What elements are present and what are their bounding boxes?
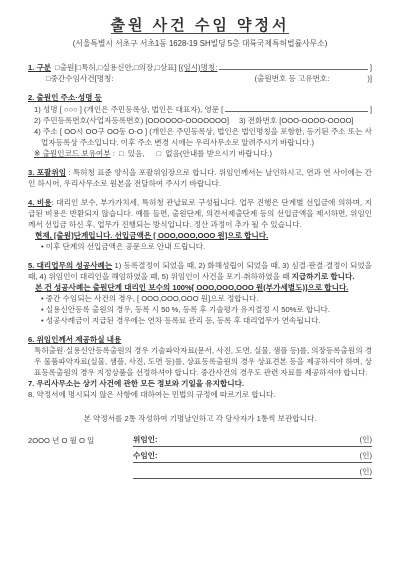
checkbox-has-code-icon: □ [119, 149, 124, 158]
signature-block: 2OOO 년 O 월 O 일 위임인: (인) 수임인: (인) (인) [28, 434, 372, 482]
midcase-label: □중간수임사건[명칭: [46, 73, 114, 84]
signature-row-delegator: 위임인: (인) [133, 434, 372, 447]
case-type-options: □출원[□특허,□실용신안,□의장,□상표] [ [55, 62, 181, 73]
section-fees: 4. 비용: 대리인 보수, 부가가치세, 특허청 관납료로 구성됩니다. 업무… [28, 197, 372, 252]
bracket-close3: ] [370, 104, 372, 115]
delegator-label: 위임인: [133, 434, 158, 445]
registration-number-field: 2) 주민등록번호(사업자등록번호) [OOOOOO-OOOOOOO] [34, 115, 229, 126]
appno-label: (출원번호 등 고유번호: [254, 73, 329, 84]
section-success-fee: 5. 대리업무의 성공사례는 1) 등록결정이 되었을 때, 2) 화해성립이 … [28, 260, 372, 326]
section7-clause: 7. 우리사무소는 상기 사건에 관한 모든 정보와 기일을 유지합니다. [28, 378, 372, 389]
temp-name-label: (임시)명칭: [181, 62, 218, 73]
success-fee-bullet-1: • 중간 수임되는 사건의 경우, [ OOO,OOO,OOO 원]으로 정합니… [28, 293, 372, 304]
midcase-line: □중간수임사건[명칭: (출원번호 등 고유번호: )] [28, 73, 372, 84]
section3-heading: 3. 포괄위임 [28, 168, 66, 177]
seal-mark-1: (인) [360, 434, 372, 445]
section2-heading: 2. 출원인 주소·성명 등 [28, 92, 372, 103]
section4-body: : 대리인 보수, 부가가치세, 특허청 관납료로 구성됩니다. 업무 진행은 … [28, 198, 372, 229]
applicant-code-line: ※ 출원인코드 보유여부 : □ 있음, □ 없음(안내를 받으시기 바랍니다.… [28, 148, 372, 159]
closing-statement: 본 약정서를 2통 작성하여 기명날인하고 각 당사자가 1통씩 보관합니다. [28, 413, 372, 424]
fees-paragraph: 4. 비용: 대리인 보수, 부가가치세, 특허청 관납료로 구성됩니다. 업무… [28, 197, 372, 230]
signature-row-delegate: 수임인: (인) [133, 450, 372, 463]
applicant-code-label: ※ 출원인코드 보유여부 [34, 149, 111, 158]
seal-mark-3: (인) [360, 466, 372, 477]
has-code-label: 있음, [128, 149, 145, 158]
english-name-blank-field [225, 103, 368, 112]
section1-heading: 1. 구분 [28, 62, 51, 73]
section-applicant-info: 2. 출원인 주소·성명 등 1) 성명 [ ○○○ ] (개인은 주민등록상,… [28, 92, 372, 159]
colon-sep: : [111, 149, 117, 158]
document-page: 출원 사건 수임 약정서 (서울특별시 서초구 서초1동 1628-19 SH빌… [0, 0, 400, 482]
signature-row-extra: (인) [133, 466, 372, 479]
applicant-name-line: 1) 성명 [ ○○○ ] (개인은 주민등록상, 법인은 대표자), 영문 [… [28, 103, 372, 115]
current-stage-amount: 현재, [출원]단계입니다. 선입금액은 [ OOO,OOO,OOO 원]으로 … [28, 230, 372, 241]
section3-body: : 특허청 표준 양식을 포괄위임장으로 합니다. 위임인께서는 날인하시고, … [28, 168, 372, 188]
section8-clause: 8. 약정서에 명시되지 않은 사항에 대하여는 민법의 규정에 따르기로 합니… [28, 389, 372, 400]
delegate-label: 수임인: [133, 450, 158, 461]
bracket-close2: )] [367, 73, 372, 84]
section6-heading: 6. 위임인께서 제공하실 내용 [28, 334, 372, 345]
signature-column: 위임인: (인) 수임인: (인) (인) [133, 434, 372, 482]
address-field: 4) 주소 [ OO시 OO구 OO동 O-O ] (개인은 주민등록상, 법인… [28, 126, 372, 148]
seal-mark-2: (인) [360, 450, 372, 461]
name-field-label: 1) 성명 [ ○○○ ] (개인은 주민등록상, 법인은 대표자), 영문 [ [34, 104, 223, 115]
checkbox-no-code-icon: □ [157, 149, 162, 158]
section-power-of-attorney: 3. 포괄위임 : 특허청 표준 양식을 포괄위임장으로 합니다. 위임인께서는… [28, 167, 372, 189]
case-type-line: 1. 구분 □출원[□특허,□실용신안,□의장,□상표] [ (임시)명칭: ] [28, 61, 372, 73]
date-line: 2OOO 년 O 월 O 일 [28, 434, 133, 446]
section4-heading: 4. 비용 [28, 198, 52, 207]
no-code-label: 없음(안내를 받으시기 바랍니다.) [165, 149, 272, 158]
section6-body: 특허출원·실용신안등록출원의 경우 기술파악자료(문서, 사진, 도면, 실물,… [28, 345, 372, 378]
section5-heading: 5. 대리업무의 성공사례는 [28, 261, 112, 270]
success-fee-paragraph: 5. 대리업무의 성공사례는 1) 등록결정이 되었을 때, 2) 화해성립이 … [28, 260, 372, 282]
phone-number-field: 3) 전화번호 [OOO-OOOO-OOOO] [239, 115, 354, 126]
section-case-type: 1. 구분 □출원[□특허,□실용신안,□의장,□상표] [ (임시)명칭: ]… [28, 61, 372, 84]
office-address: (서울특별시 서초구 서초1동 1628-19 SH빌딩 5층 대륙국제특허법률… [28, 38, 372, 49]
registration-phone-line: 2) 주민등록번호(사업자등록번호) [OOOOOO-OOOOOOO] 3) 전… [28, 115, 372, 126]
temp-name-blank-field [219, 61, 368, 70]
section-client-materials: 6. 위임인께서 제공하실 내용 특허출원·실용신안등록출원의 경우 기술파악자… [28, 334, 372, 400]
document-title: 출원 사건 수임 약정서 [111, 20, 290, 34]
section5-body-bold: 지급하기로 합니다. [292, 272, 355, 281]
fees-bullet: • 이후 단계의 선입금액은 공문으로 안내 드립니다. [28, 241, 372, 252]
success-fee-amount: 본 건 성공사례는 출원단계 대리인 보수의 100%[ OOO,OOO,OOO… [28, 282, 372, 293]
success-fee-bullet-3: • 성공사례금이 지급된 경우에는 연차 등록료 관리 등, 등록 후 대리업무… [28, 315, 372, 326]
bracket-close: ] [370, 62, 372, 73]
title-wrap: 출원 사건 수임 약정서 [28, 20, 372, 34]
success-fee-bullet-2: • 실용신안등록 출원의 경우, 등록 시 50 %, 등록 후 기술평가 유지… [28, 304, 372, 315]
